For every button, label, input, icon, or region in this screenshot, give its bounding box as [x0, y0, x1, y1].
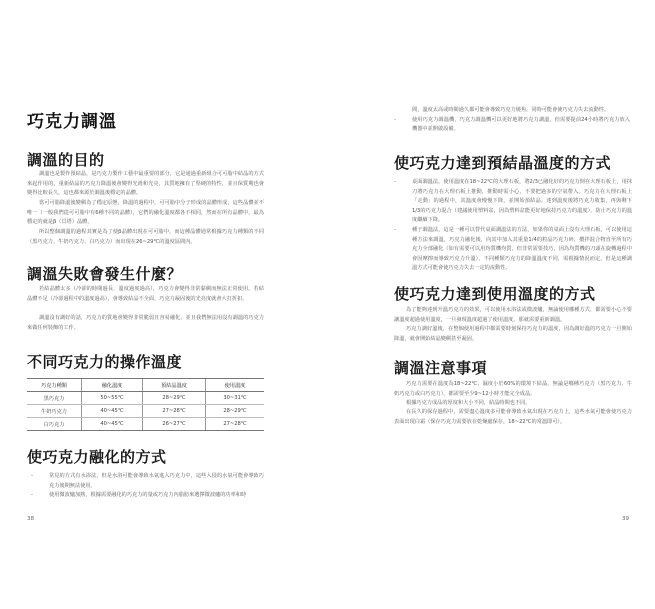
bullet-dash: - — [394, 178, 396, 188]
list-item: -種子調溫法，這是一種可以替代桌面調溫法的方法，如果你的桌面上沒有大理石板，可以… — [390, 226, 632, 274]
bullet-dash: - — [394, 116, 396, 126]
paragraph: 調溫沒有調好的話，巧克力的質地會變得非常脆弱且容易融化，並且我們無法用沒有調溫的… — [27, 314, 264, 333]
section-heading-temperatures: 不同巧克力的操作溫度 — [27, 351, 182, 372]
precrystallization-list: -桌面調溫法，使用溫度在18~22℃的大理石板，將2/3已融化好的巧克力倒在大理… — [390, 178, 632, 274]
left-page: 巧克力調溫 調溫的目的 調溫也是製作預結晶，是巧克力製作工藝中最重要的部分，它是… — [0, 0, 327, 609]
bullet-dash: - — [394, 226, 396, 236]
paragraph: 在長久的保存過程中，需要盡心溫度多可能會導致水氣出現在巧克力上，這些水氣可能會使… — [394, 408, 632, 427]
section-heading-notes: 調溫注意事項 — [394, 357, 487, 378]
column-header: 使用溫度 — [206, 379, 265, 392]
paragraph: 若結晶體太多（冷卻的時間過長、溫度過度過高），巧克力會變得非常黏稠而無法正常使用… — [27, 285, 264, 304]
column-header: 巧克力種類 — [27, 379, 82, 392]
table-cell: 白巧克力 — [27, 418, 82, 431]
table-cell: 30~31℃ — [206, 392, 265, 405]
page-number: 38 — [27, 516, 34, 522]
paragraph: 巧克力調好溫後，在整個使用過程中都需要時刻保持巧克力的溫度，因為調好溫的巧克力一… — [394, 325, 632, 344]
melting-methods-list: -常見的方式有水浴法，但是水浴可能會導致水氣進入巧克力中，這些入侵的水氣可能會導… — [27, 472, 264, 501]
list-item: -使用巧克力調溫機，巧克力調溫機可以更好地將巧克力調溫，但需要提前24小時將巧克… — [390, 116, 630, 135]
section-heading-failure: 調溫失敗會發生什麼？ — [27, 263, 182, 284]
bullet-dash: - — [31, 472, 33, 482]
table-cell: 28~29℃ — [206, 405, 265, 418]
page-number: 39 — [622, 516, 629, 522]
column-header: 預結晶溫度 — [143, 379, 206, 392]
table-cell: 黑巧克力 — [27, 392, 82, 405]
bullet-dash: - — [31, 491, 33, 501]
section-heading-melting: 使巧克力融化的方式 — [27, 446, 167, 467]
table-row: 牛奶巧克力 40~45℃ 27~28℃ 28~29℃ — [27, 405, 264, 418]
table-cell: 40~45℃ — [82, 405, 143, 418]
list-item: -使用微波爐加熱，根據需要融化的巧克力的量或巧克力內脂肪來選擇微波爐的功率和時 — [27, 491, 264, 501]
section-heading-purpose: 調溫的目的 — [27, 149, 105, 170]
paragraph: 巧克力需要在溫度為18~22℃、濕度小於60%的環境下結晶，無論是哪種巧克力（黑… — [394, 380, 632, 399]
continued-list: 間，溫度太高或時間過久都可能會導致巧克力燒焦，同時可能會使巧克力失去流動性。 -… — [390, 106, 630, 135]
table-cell: 27~28℃ — [206, 418, 265, 431]
list-item-continued: 間，溫度太高或時間過久都可能會導致巧克力燒焦，同時可能會使巧克力失去流動性。 — [390, 106, 630, 116]
table-cell: 50~55℃ — [82, 392, 143, 405]
paragraph: 調溫也是製作預結晶，是巧克力製作工藝中最重要的部分，它是通過重新組合可可脂中結晶… — [27, 170, 264, 199]
paragraph: 所以整個調溫的過程其實是為了使β晶體出現在可可脂中，而這種晶體通常根據巧克力種類… — [27, 228, 264, 247]
paragraph: 當可可脂降溫後變稠為了穩定原態，降溫的過程中，可可脂中分子形成的晶體形成，這些晶… — [27, 199, 264, 228]
list-item: -桌面調溫法，使用溫度在18~22℃的大理石板，將2/3已融化好的巧克力倒在大理… — [390, 178, 632, 226]
table-cell: 27~28℃ — [143, 405, 206, 418]
column-header: 融化溫度 — [82, 379, 143, 392]
table-cell: 40~45℃ — [82, 418, 143, 431]
right-page: 間，溫度太高或時間過久都可能會導致巧克力燒焦，同時可能會使巧克力失去流動性。 -… — [328, 0, 655, 609]
list-item: -常見的方式有水浴法，但是水浴可能會導致水氣進入巧克力中，這些入侵的水氣可能會導… — [27, 472, 264, 491]
table-row: 黑巧克力 50~55℃ 28~29℃ 30~31℃ — [27, 392, 264, 405]
section-heading-precrystallization: 使巧克力達到預結晶溫度的方式 — [394, 152, 611, 173]
table-cell: 26~27℃ — [143, 418, 206, 431]
table-cell: 28~29℃ — [143, 392, 206, 405]
table-cell: 牛奶巧克力 — [27, 405, 82, 418]
table-row: 白巧克力 40~45℃ 26~27℃ 27~28℃ — [27, 418, 264, 431]
temperature-table: 巧克力種類 融化溫度 預結晶溫度 使用溫度 黑巧克力 50~55℃ 28~29℃… — [27, 378, 264, 431]
section-heading-working-temperature: 使巧克力達到使用溫度的方式 — [394, 283, 596, 304]
table-header-row: 巧克力種類 融化溫度 預結晶溫度 使用溫度 — [27, 379, 264, 392]
paragraph: 為了能夠達到升溫巧克力的效果，可以使用水浴法或微波爐，無論使用哪種方式，都需要小… — [394, 306, 632, 325]
chapter-title: 巧克力調溫 — [27, 107, 117, 132]
